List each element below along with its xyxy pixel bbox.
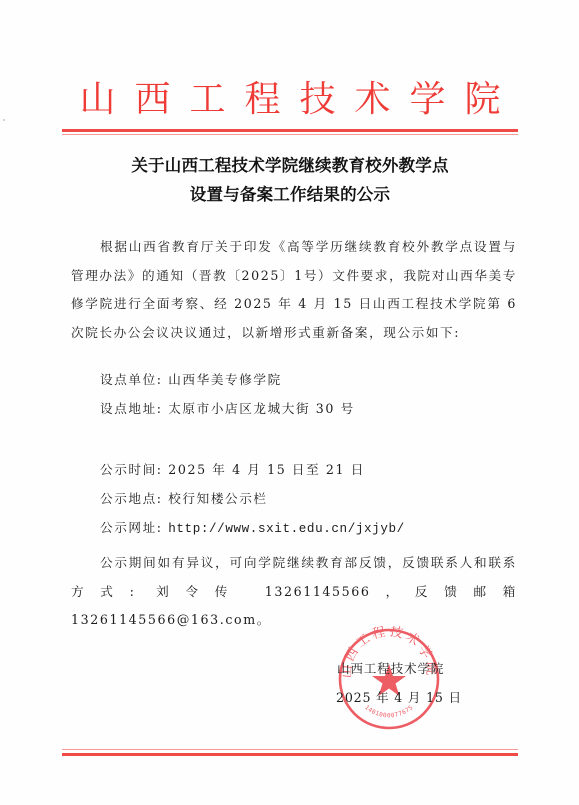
notice-location-label: 公示地点: — [100, 491, 163, 506]
site-unit-row: 设点单位: 山西华美专修学院 — [100, 369, 282, 388]
letterhead-institution-name: 山西工程技术学院 — [60, 78, 520, 122]
intro-section: 根据山西省教育厅关于印发《高等学历继续教育校外教学点设置与管理办法》的通知（晋教… — [71, 233, 517, 348]
objection-paragraph: 公示期间如有异议，可向学院继续教育部反馈，反馈联系人和联系方式: 刘令传 132… — [71, 549, 517, 635]
notice-url-link[interactable]: http://www.sxit.edu.cn/jxjyb/ — [168, 522, 405, 536]
site-unit-value: 山西华美专修学院 — [168, 372, 282, 387]
notice-period-label: 公示时间: — [100, 462, 163, 477]
footer-rule-thin — [62, 749, 518, 750]
footer-rule-thick — [62, 753, 518, 756]
document-page: 山西工程技术学院 关于山西工程技术学院继续教育校外教学点 设置与备案工作结果的公… — [0, 0, 579, 805]
notice-title-line2: 设置与备案工作结果的公示 — [60, 181, 520, 205]
signature-institution: 山西工程技术学院 — [337, 658, 444, 677]
notice-url-row: 公示网址: http://www.sxit.edu.cn/jxjyb/ — [100, 517, 405, 536]
notice-location-value: 校行知楼公示栏 — [168, 491, 267, 506]
site-address-row: 设点地址: 太原市小店区龙城大街 30 号 — [100, 398, 355, 417]
official-seal-stamp: 山西工程技术学院 1401000077675 — [336, 626, 442, 732]
intro-paragraph: 根据山西省教育厅关于印发《高等学历继续教育校外教学点设置与管理办法》的通知（晋教… — [71, 233, 517, 348]
site-address-label: 设点地址: — [100, 401, 163, 416]
notice-period-value: 2025 年 4 月 15 日至 21 日 — [168, 462, 365, 477]
notice-location-row: 公示地点: 校行知楼公示栏 — [100, 488, 268, 507]
notice-title-line1: 关于山西工程技术学院继续教育校外教学点 — [60, 152, 520, 176]
scan-speck — [3, 119, 5, 121]
objection-section: 公示期间如有异议，可向学院继续教育部反馈，反馈联系人和联系方式: 刘令传 132… — [71, 549, 517, 635]
letterhead-rule-thick — [62, 129, 518, 132]
site-unit-label: 设点单位: — [100, 372, 163, 387]
site-address-value: 太原市小店区龙城大街 30 号 — [168, 401, 355, 416]
letterhead-rule-thin — [62, 134, 518, 135]
signature-date: 2025 年 4 月 15 日 — [336, 687, 462, 706]
notice-period-row: 公示时间: 2025 年 4 月 15 日至 21 日 — [100, 459, 365, 478]
svg-text:1401000077675: 1401000077675 — [363, 704, 415, 719]
notice-url-label: 公示网址: — [100, 520, 163, 535]
